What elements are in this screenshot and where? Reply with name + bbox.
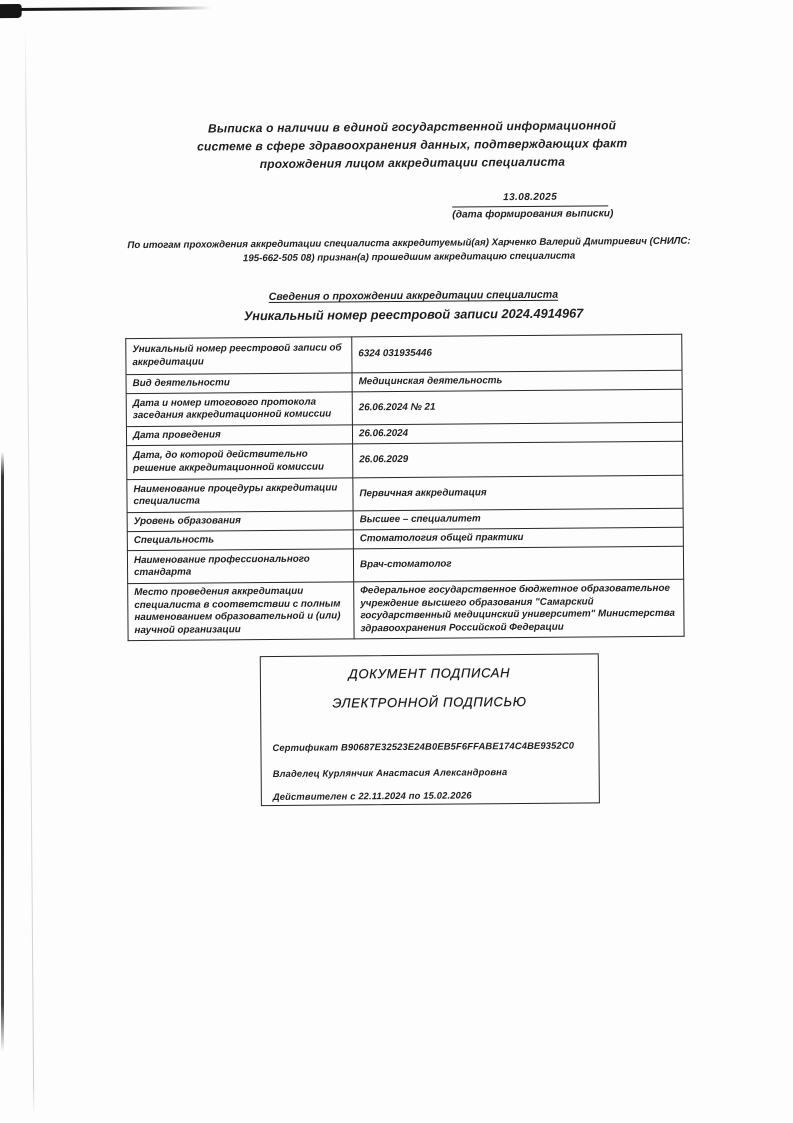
table-row: Место проведения аккредитации специалист… <box>128 579 684 640</box>
row-label-cell: Вид деятельности <box>126 373 352 394</box>
row-value-cell: 26.06.2029 <box>353 441 683 478</box>
signature-certificate: Сертификат B90687E32523E24B0EB5F6FFABE17… <box>272 739 598 753</box>
row-value-cell: Врач-стоматолог <box>353 546 683 582</box>
row-value-cell: Федеральное государственное бюджетное об… <box>354 579 684 639</box>
issue-date: 13.08.2025 <box>452 191 608 207</box>
row-label-cell: Уровень образования <box>127 511 353 532</box>
row-label-cell: Специальность <box>127 530 353 551</box>
row-value-cell: 26.06.2024 № 21 <box>352 389 682 425</box>
row-label-cell: Дата проведения <box>126 425 352 446</box>
table-row: Дата и номер итогового протокола заседан… <box>126 389 682 426</box>
row-value-cell: 26.06.2024 <box>352 422 682 444</box>
signature-heading-line: ЭЛЕКТРОННОЙ ПОДПИСЬЮ <box>261 693 598 711</box>
issue-date-block: 13.08.2025 (дата формирования выписки) <box>452 191 608 220</box>
table-row: Наименование процедуры аккредитации спец… <box>127 475 683 512</box>
scan-artifact-fold-line <box>25 27 35 1117</box>
row-label-cell: Уникальный номер реестровой записи об ак… <box>126 337 352 375</box>
row-value-cell: Высшее – специалитет <box>353 508 683 530</box>
signature-owner: Владелец Курлянчик Анастасия Александров… <box>273 765 599 779</box>
row-label-cell: Дата и номер итогового протокола заседан… <box>126 392 352 427</box>
section-heading: Сведения о прохождении аккредитации спец… <box>36 287 791 305</box>
scan-artifact-corner-blob <box>0 4 22 18</box>
table-row: Уникальный номер реестровой записи об ак… <box>126 334 682 374</box>
row-label-cell: Наименование профессионального стандарта <box>127 549 353 584</box>
table-row: Наименование профессионального стандарта… <box>127 546 683 583</box>
table-row: Дата, до которой действительно решение а… <box>127 441 683 479</box>
issue-date-caption: (дата формирования выписки) <box>452 208 608 220</box>
document-content: Выписка о наличии в единой государственн… <box>0 0 793 1123</box>
signature-validity: Действителен с 22.11.2024 по 15.02.2026 <box>273 788 599 802</box>
registry-number-line: Уникальный номер реестровой записи 2024.… <box>36 304 791 325</box>
scanned-document-page: Выписка о наличии в единой государственн… <box>0 0 793 1123</box>
row-label-cell: Место проведения аккредитации специалист… <box>128 582 354 641</box>
row-value-cell: 6324 031935446 <box>352 334 682 373</box>
scan-artifact-top-edge-line <box>0 6 212 10</box>
accreditation-result-statement: По итогам прохождения аккредитации специ… <box>27 234 790 267</box>
digital-signature-stamp: ДОКУМЕНТ ПОДПИСАН ЭЛЕКТРОННОЙ ПОДПИСЬЮ С… <box>260 653 600 806</box>
row-value-cell: Стоматология общей практики <box>353 527 683 549</box>
row-label-cell: Наименование процедуры аккредитации спец… <box>127 478 353 513</box>
row-label-cell: Дата, до которой действительно решение а… <box>127 444 353 480</box>
row-value-cell: Первичная аккредитация <box>353 475 683 511</box>
signature-heading-line: ДОКУМЕНТ ПОДПИСАН <box>261 664 598 682</box>
accreditation-details-table: Уникальный номер реестровой записи об ак… <box>125 334 684 641</box>
document-title: Выписка о наличии в единой государственн… <box>35 115 790 175</box>
row-value-cell: Медицинская деятельность <box>352 370 682 392</box>
